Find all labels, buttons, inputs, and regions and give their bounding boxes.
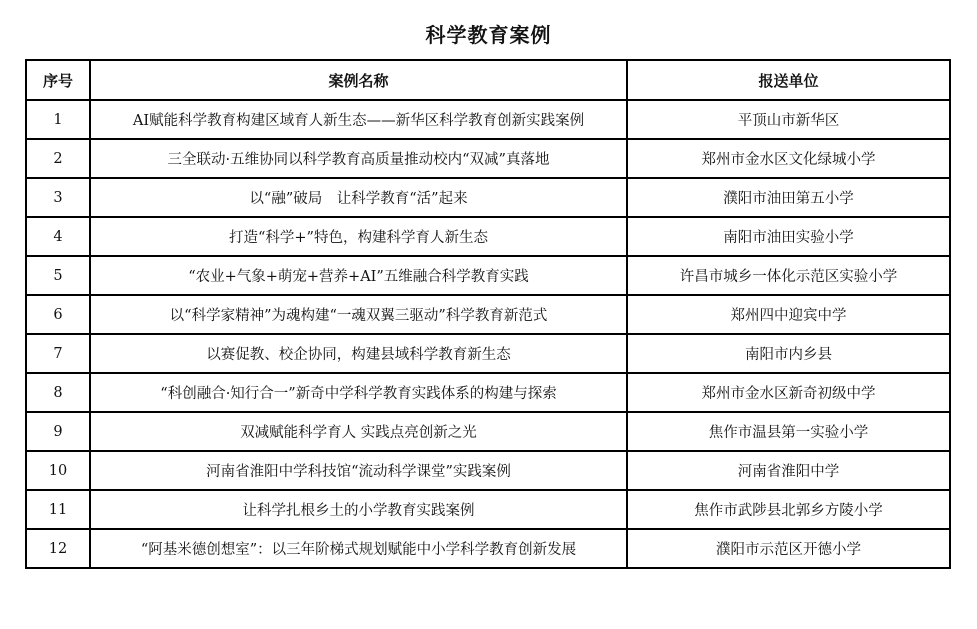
cell-unit: 许昌市城乡一体化示范区实验小学 (627, 256, 950, 295)
cell-case-name: AI赋能科学教育构建区域育人新生态——新华区科学教育创新实践案例 (90, 100, 627, 139)
header-case-name: 案例名称 (90, 60, 627, 100)
table-row: 12 “阿基米德创想室”：以三年阶梯式规划赋能中小学科学教育创新发展 濮阳市示范… (26, 529, 950, 568)
cell-unit: 焦作市武陟县北郭乡方陵小学 (627, 490, 950, 529)
header-submitting-unit: 报送单位 (627, 60, 950, 100)
cell-no: 9 (26, 412, 90, 451)
cell-no: 2 (26, 139, 90, 178)
cell-case-name: 让科学扎根乡土的小学教育实践案例 (90, 490, 627, 529)
table-row: 8 “科创融合·知行合一”新奇中学科学教育实践体系的构建与探索 郑州市金水区新奇… (26, 373, 950, 412)
cell-unit: 南阳市内乡县 (627, 334, 950, 373)
cell-no: 4 (26, 217, 90, 256)
cell-no: 10 (26, 451, 90, 490)
cell-case-name: 以赛促教、校企协同，构建县域科学教育新生态 (90, 334, 627, 373)
cell-case-name: 河南省淮阳中学科技馆“流动科学课堂”实践案例 (90, 451, 627, 490)
header-no: 序号 (26, 60, 90, 100)
cell-unit: 濮阳市示范区开德小学 (627, 529, 950, 568)
cell-case-name: 以“融”破局 让科学教育“活”起来 (90, 178, 627, 217)
cell-unit: 郑州四中迎宾中学 (627, 295, 950, 334)
cell-no: 12 (26, 529, 90, 568)
table-row: 2 三全联动·五维协同以科学教育高质量推动校内“双减”真落地 郑州市金水区文化绿… (26, 139, 950, 178)
cell-unit: 南阳市油田实验小学 (627, 217, 950, 256)
cell-unit: 濮阳市油田第五小学 (627, 178, 950, 217)
cell-case-name: “科创融合·知行合一”新奇中学科学教育实践体系的构建与探索 (90, 373, 627, 412)
cell-case-name: 三全联动·五维协同以科学教育高质量推动校内“双减”真落地 (90, 139, 627, 178)
cell-unit: 河南省淮阳中学 (627, 451, 950, 490)
case-table: 序号 案例名称 报送单位 1 AI赋能科学教育构建区域育人新生态——新华区科学教… (25, 59, 951, 569)
cell-case-name: 双减赋能科学育人 实践点亮创新之光 (90, 412, 627, 451)
table-row: 10 河南省淮阳中学科技馆“流动科学课堂”实践案例 河南省淮阳中学 (26, 451, 950, 490)
table-row: 9 双减赋能科学育人 实践点亮创新之光 焦作市温县第一实验小学 (26, 412, 950, 451)
table-row: 5 “农业+气象+萌宠+营养+AI”五维融合科学教育实践 许昌市城乡一体化示范区… (26, 256, 950, 295)
cell-no: 11 (26, 490, 90, 529)
table-row: 7 以赛促教、校企协同，构建县域科学教育新生态 南阳市内乡县 (26, 334, 950, 373)
cell-unit: 平顶山市新华区 (627, 100, 950, 139)
document-title: 科学教育案例 (0, 20, 977, 50)
cell-no: 8 (26, 373, 90, 412)
table-row: 11 让科学扎根乡土的小学教育实践案例 焦作市武陟县北郭乡方陵小学 (26, 490, 950, 529)
cell-unit: 郑州市金水区新奇初级中学 (627, 373, 950, 412)
cell-case-name: 打造“科学+”特色，构建科学育人新生态 (90, 217, 627, 256)
table-header-row: 序号 案例名称 报送单位 (26, 60, 950, 100)
cell-case-name: 以“科学家精神”为魂构建“一魂双翼三驱动”科学教育新范式 (90, 295, 627, 334)
cell-case-name: “阿基米德创想室”：以三年阶梯式规划赋能中小学科学教育创新发展 (90, 529, 627, 568)
cell-case-name: “农业+气象+萌宠+营养+AI”五维融合科学教育实践 (90, 256, 627, 295)
cell-no: 3 (26, 178, 90, 217)
table-row: 6 以“科学家精神”为魂构建“一魂双翼三驱动”科学教育新范式 郑州四中迎宾中学 (26, 295, 950, 334)
table-row: 1 AI赋能科学教育构建区域育人新生态——新华区科学教育创新实践案例 平顶山市新… (26, 100, 950, 139)
cell-unit: 郑州市金水区文化绿城小学 (627, 139, 950, 178)
cell-no: 7 (26, 334, 90, 373)
cell-no: 1 (26, 100, 90, 139)
cell-unit: 焦作市温县第一实验小学 (627, 412, 950, 451)
table-row: 3 以“融”破局 让科学教育“活”起来 濮阳市油田第五小学 (26, 178, 950, 217)
table-row: 4 打造“科学+”特色，构建科学育人新生态 南阳市油田实验小学 (26, 217, 950, 256)
cell-no: 5 (26, 256, 90, 295)
cell-no: 6 (26, 295, 90, 334)
